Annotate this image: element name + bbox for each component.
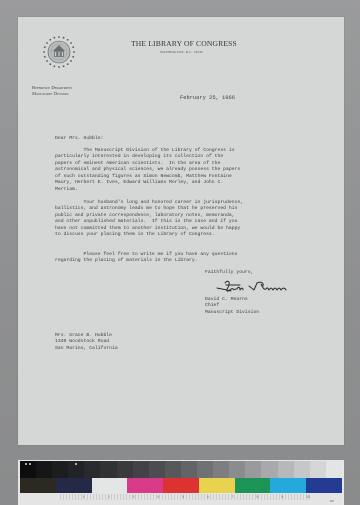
closing: Faithfully yours, <box>205 270 253 276</box>
color-patch-green <box>235 478 271 493</box>
body-paragraph-2: Your husband's long and honored career i… <box>55 200 243 239</box>
body-paragraph-3: Please feel free to write me if you have… <box>55 252 237 265</box>
body-paragraph-1: The Manuscript Division of the Library o… <box>55 148 240 193</box>
ruler-label: 9 <box>281 495 283 499</box>
grayscale-step <box>52 461 68 478</box>
grayscale-step <box>278 461 294 478</box>
grayscale-step <box>84 461 100 478</box>
color-calibration-card: 12345678910 cm <box>18 460 344 505</box>
ruler-label: 7 <box>232 495 234 499</box>
grayscale-step <box>310 461 326 478</box>
grayscale-step <box>149 461 165 478</box>
measurement-ruler: 12345678910 cm <box>20 493 342 505</box>
ruler-label: 6 <box>207 495 209 499</box>
signer-name: David C. Mearns <box>205 297 248 302</box>
grayscale-step <box>213 461 229 478</box>
grayscale-step <box>197 461 213 478</box>
ruler-label: 1 <box>83 495 85 499</box>
grayscale-step <box>117 461 133 478</box>
grayscale-step <box>165 461 181 478</box>
color-patch-blue <box>306 478 342 493</box>
color-patch-strip <box>20 478 342 493</box>
grayscale-step <box>133 461 149 478</box>
color-patch-white <box>92 478 128 493</box>
signer-block: David C. Mearns Chief Manuscript Divisio… <box>205 297 259 316</box>
library-of-congress-seal-icon <box>41 34 77 70</box>
grayscale-step <box>261 461 277 478</box>
registration-dot <box>75 463 77 465</box>
ruler-label: 8 <box>256 495 258 499</box>
grayscale-strip <box>20 461 342 478</box>
registration-dot <box>25 463 27 465</box>
letterhead-address: WASHINGTON, D.C. 20540 <box>160 50 203 54</box>
ruler-unit: cm <box>330 499 334 503</box>
ruler-label: 5 <box>182 495 184 499</box>
color-patch-navy <box>56 478 92 493</box>
recipient-address: Mrs. Grace B. Hubble 1340 Woodstock Road… <box>55 333 118 352</box>
letter-date: February 25, 1966 <box>180 95 235 101</box>
recipient-city: San Marino, California <box>55 346 118 351</box>
handwritten-signature-icon <box>216 279 288 293</box>
ruler-label: 3 <box>133 495 135 499</box>
color-patch-dark-brown <box>20 478 56 493</box>
letterhead-title: THE LIBRARY OF CONGRESS <box>131 39 237 48</box>
grayscale-step <box>245 461 261 478</box>
grayscale-step <box>36 461 52 478</box>
signer-division: Manuscript Division <box>205 310 259 315</box>
salutation: Dear Mrs. Hubble: <box>55 136 103 142</box>
color-patch-red <box>163 478 199 493</box>
ruler-label: 4 <box>157 495 159 499</box>
color-patch-cyan <box>270 478 306 493</box>
grayscale-step <box>100 461 116 478</box>
recipient-name: Mrs. Grace B. Hubble <box>55 333 112 338</box>
color-patch-yellow <box>199 478 235 493</box>
ruler-labels: 12345678910 <box>60 495 310 499</box>
letter-page: THE LIBRARY OF CONGRESS WASHINGTON, D.C.… <box>18 17 344 445</box>
signer-title: Chief <box>205 303 219 308</box>
grayscale-step <box>326 461 342 478</box>
grayscale-step <box>229 461 245 478</box>
color-patch-magenta <box>127 478 163 493</box>
grayscale-step <box>181 461 197 478</box>
ruler-label: 2 <box>108 495 110 499</box>
division-line: Manuscript Division <box>32 91 72 97</box>
ruler-label: 10 <box>306 495 310 499</box>
registration-dot <box>29 463 31 465</box>
department-block: Reference Department Manuscript Division <box>32 85 72 97</box>
recipient-street: 1340 Woodstock Road <box>55 339 109 344</box>
grayscale-step <box>294 461 310 478</box>
